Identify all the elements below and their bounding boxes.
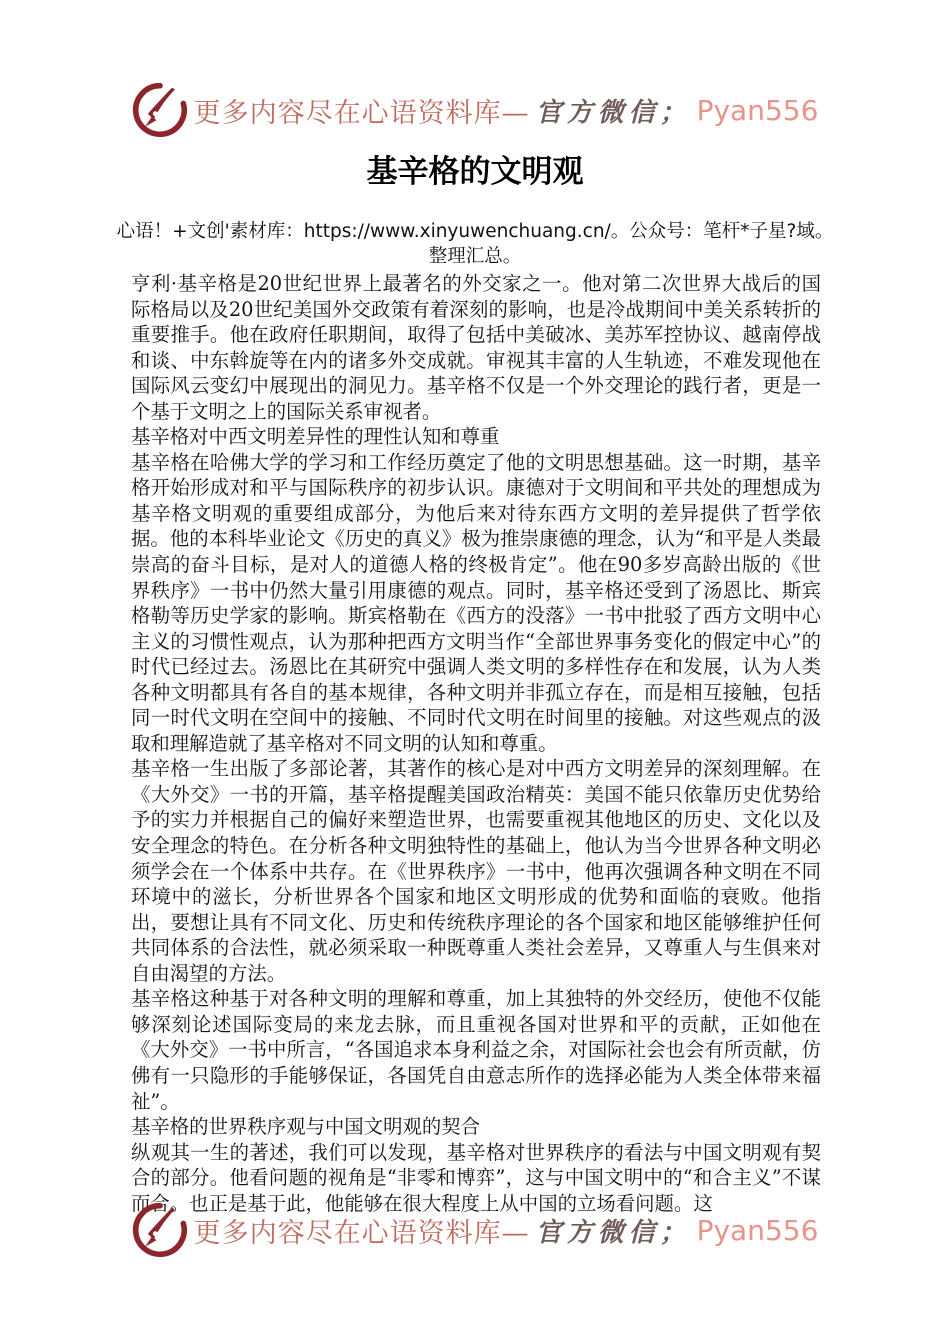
source-note: 心语！+文创'素材库：https://www.xinyuwenchuang.cn… bbox=[0, 220, 950, 269]
watermark-wechat-label: 官方微信； bbox=[536, 92, 691, 129]
header-watermark: 更多内容尽在心语资料库—官方微信；Pyan556 bbox=[0, 82, 950, 138]
document-page: 更多内容尽在心语资料库—官方微信；Pyan556 基辛格的文明观 心语！+文创'… bbox=[0, 0, 950, 1344]
section-heading: 基辛格的世界秩序观与中国文明观的契合 bbox=[131, 1114, 821, 1140]
pen-nib-seal-icon bbox=[132, 82, 188, 138]
watermark-wechat-id: Pyan556 bbox=[697, 94, 819, 127]
body-paragraph: 基辛格这种基于对各种文明的理解和尊重，加上其独特的外交经历，使他不仅能够深刻论述… bbox=[131, 986, 821, 1114]
footer-watermark: 更多内容尽在心语资料库—官方微信；Pyan556 bbox=[0, 1202, 950, 1258]
body-paragraph: 基辛格在哈佛大学的学习和工作经历奠定了他的文明思想基础。这一时期，基辛格开始形成… bbox=[131, 450, 821, 757]
watermark-text: 更多内容尽在心语资料库— bbox=[194, 91, 530, 130]
body-paragraph: 基辛格一生出版了多部论著，其著作的核心是对中西方文明差异的深刻理解。在《大外交》… bbox=[131, 756, 821, 986]
watermark-wechat-id: Pyan556 bbox=[697, 1214, 819, 1247]
source-note-line: 整理汇总。 bbox=[0, 245, 950, 270]
document-body: 亨利·基辛格是20世纪世界上最著名的外交家之一。他对第二次世界大战后的国际格局以… bbox=[131, 271, 821, 1216]
watermark-wechat-label: 官方微信； bbox=[536, 1212, 691, 1249]
watermark-text: 更多内容尽在心语资料库— bbox=[194, 1211, 530, 1250]
source-note-line: 心语！+文创'素材库：https://www.xinyuwenchuang.cn… bbox=[0, 220, 950, 245]
section-heading: 基辛格对中西文明差异性的理性认知和尊重 bbox=[131, 424, 821, 450]
pen-nib-seal-icon bbox=[132, 1202, 188, 1258]
body-paragraph: 亨利·基辛格是20世纪世界上最著名的外交家之一。他对第二次世界大战后的国际格局以… bbox=[131, 271, 821, 424]
page-title: 基辛格的文明观 bbox=[0, 146, 950, 191]
